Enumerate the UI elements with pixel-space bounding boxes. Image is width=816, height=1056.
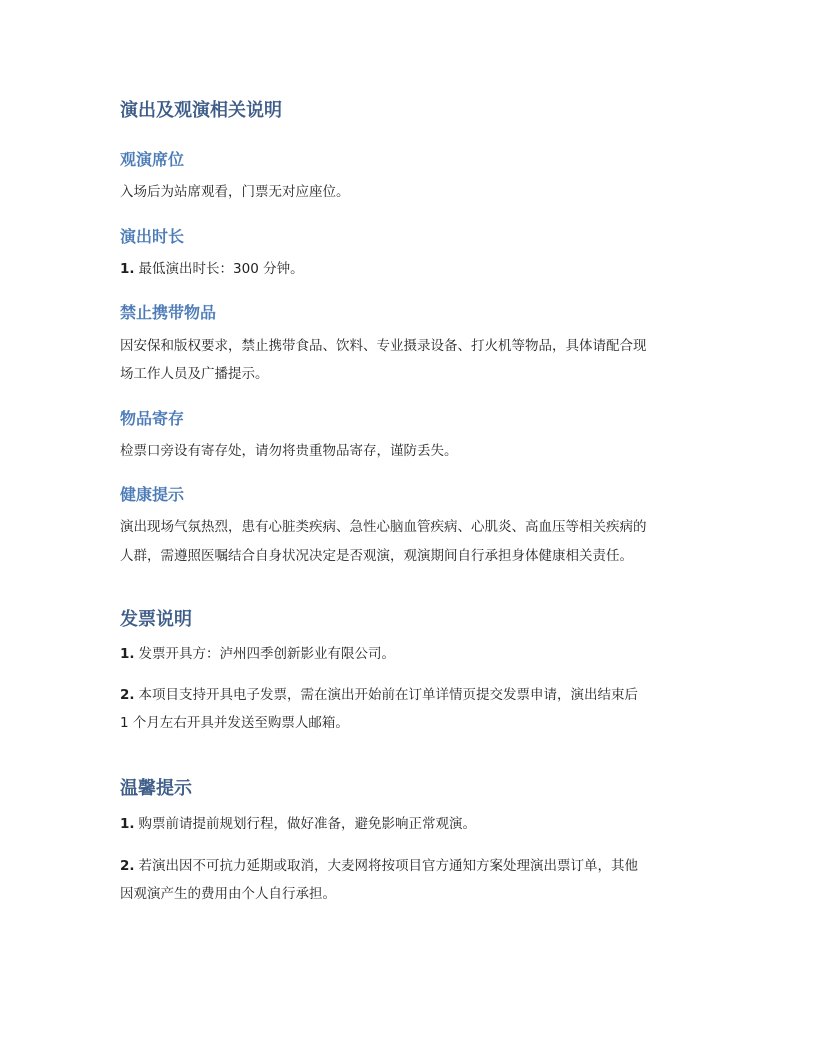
prohibited-text-line-1: 因安保和版权要求，禁止携带食品、饮料、专业摄录设备、打火机等物品，具体请配合现 [120,332,647,360]
tips-item-2-text-line-1: 若演出因不可抗力延期或取消，大麦网将按项目官方通知方案处理演出票订单，其他 [139,858,639,874]
heading-health: 健康提示 [120,484,184,506]
page-title: 演出及观演相关说明 [120,99,282,123]
invoice-item-2-text-line-2: 1 个月左右开具并发送至购票人邮箱。 [120,709,349,737]
item-number: 2. [120,687,135,703]
tips-item-1-text: 购票前请提前规划行程，做好准备，避免影响正常观演。 [139,816,477,832]
invoice-item-2-text-line-1: 本项目支持开具电子发票，需在演出开始前在订单详情页提交发票申请，演出结束后 [139,687,639,703]
storage-text: 检票口旁设有寄存处，请勿将贵重物品寄存，谨防丢失。 [120,437,458,465]
tips-title: 温馨提示 [120,777,192,801]
health-text-line-1: 演出现场气氛热烈，患有心脏类疾病、急性心脑血管疾病、心肌炎、高血压等相关疾病的 [120,513,647,541]
item-number: 1. [120,646,135,662]
duration-item: 1.最低演出时长：300 分钟。 [120,255,304,283]
item-number: 1. [120,261,135,277]
invoice-title: 发票说明 [120,608,192,632]
seating-text: 入场后为站席观看，门票无对应座位。 [120,178,350,206]
heading-duration: 演出时长 [120,226,184,248]
invoice-item-1: 1.发票开具方：泸州四季创新影业有限公司。 [120,640,395,668]
item-number: 2. [120,858,135,874]
item-number: 1. [120,816,135,832]
tips-item-2-text-line-2: 因观演产生的费用由个人自行承担。 [120,880,336,908]
heading-storage: 物品寄存 [120,408,184,430]
prohibited-text-line-2: 场工作人员及广播提示。 [120,360,269,388]
health-text-line-2: 人群，需遵照医嘱结合自身状况决定是否观演，观演期间自行承担身体健康相关责任。 [120,542,633,570]
heading-seating: 观演席位 [120,149,184,171]
heading-prohibited-items: 禁止携带物品 [120,302,216,324]
tips-item-2: 2.若演出因不可抗力延期或取消，大麦网将按项目官方通知方案处理演出票订单，其他 [120,852,638,880]
tips-item-1: 1.购票前请提前规划行程，做好准备，避免影响正常观演。 [120,810,476,838]
invoice-item-1-text: 发票开具方：泸州四季创新影业有限公司。 [139,646,396,662]
invoice-item-2: 2.本项目支持开具电子发票，需在演出开始前在订单详情页提交发票申请，演出结束后 [120,681,638,709]
duration-text: 最低演出时长：300 分钟。 [139,261,304,277]
